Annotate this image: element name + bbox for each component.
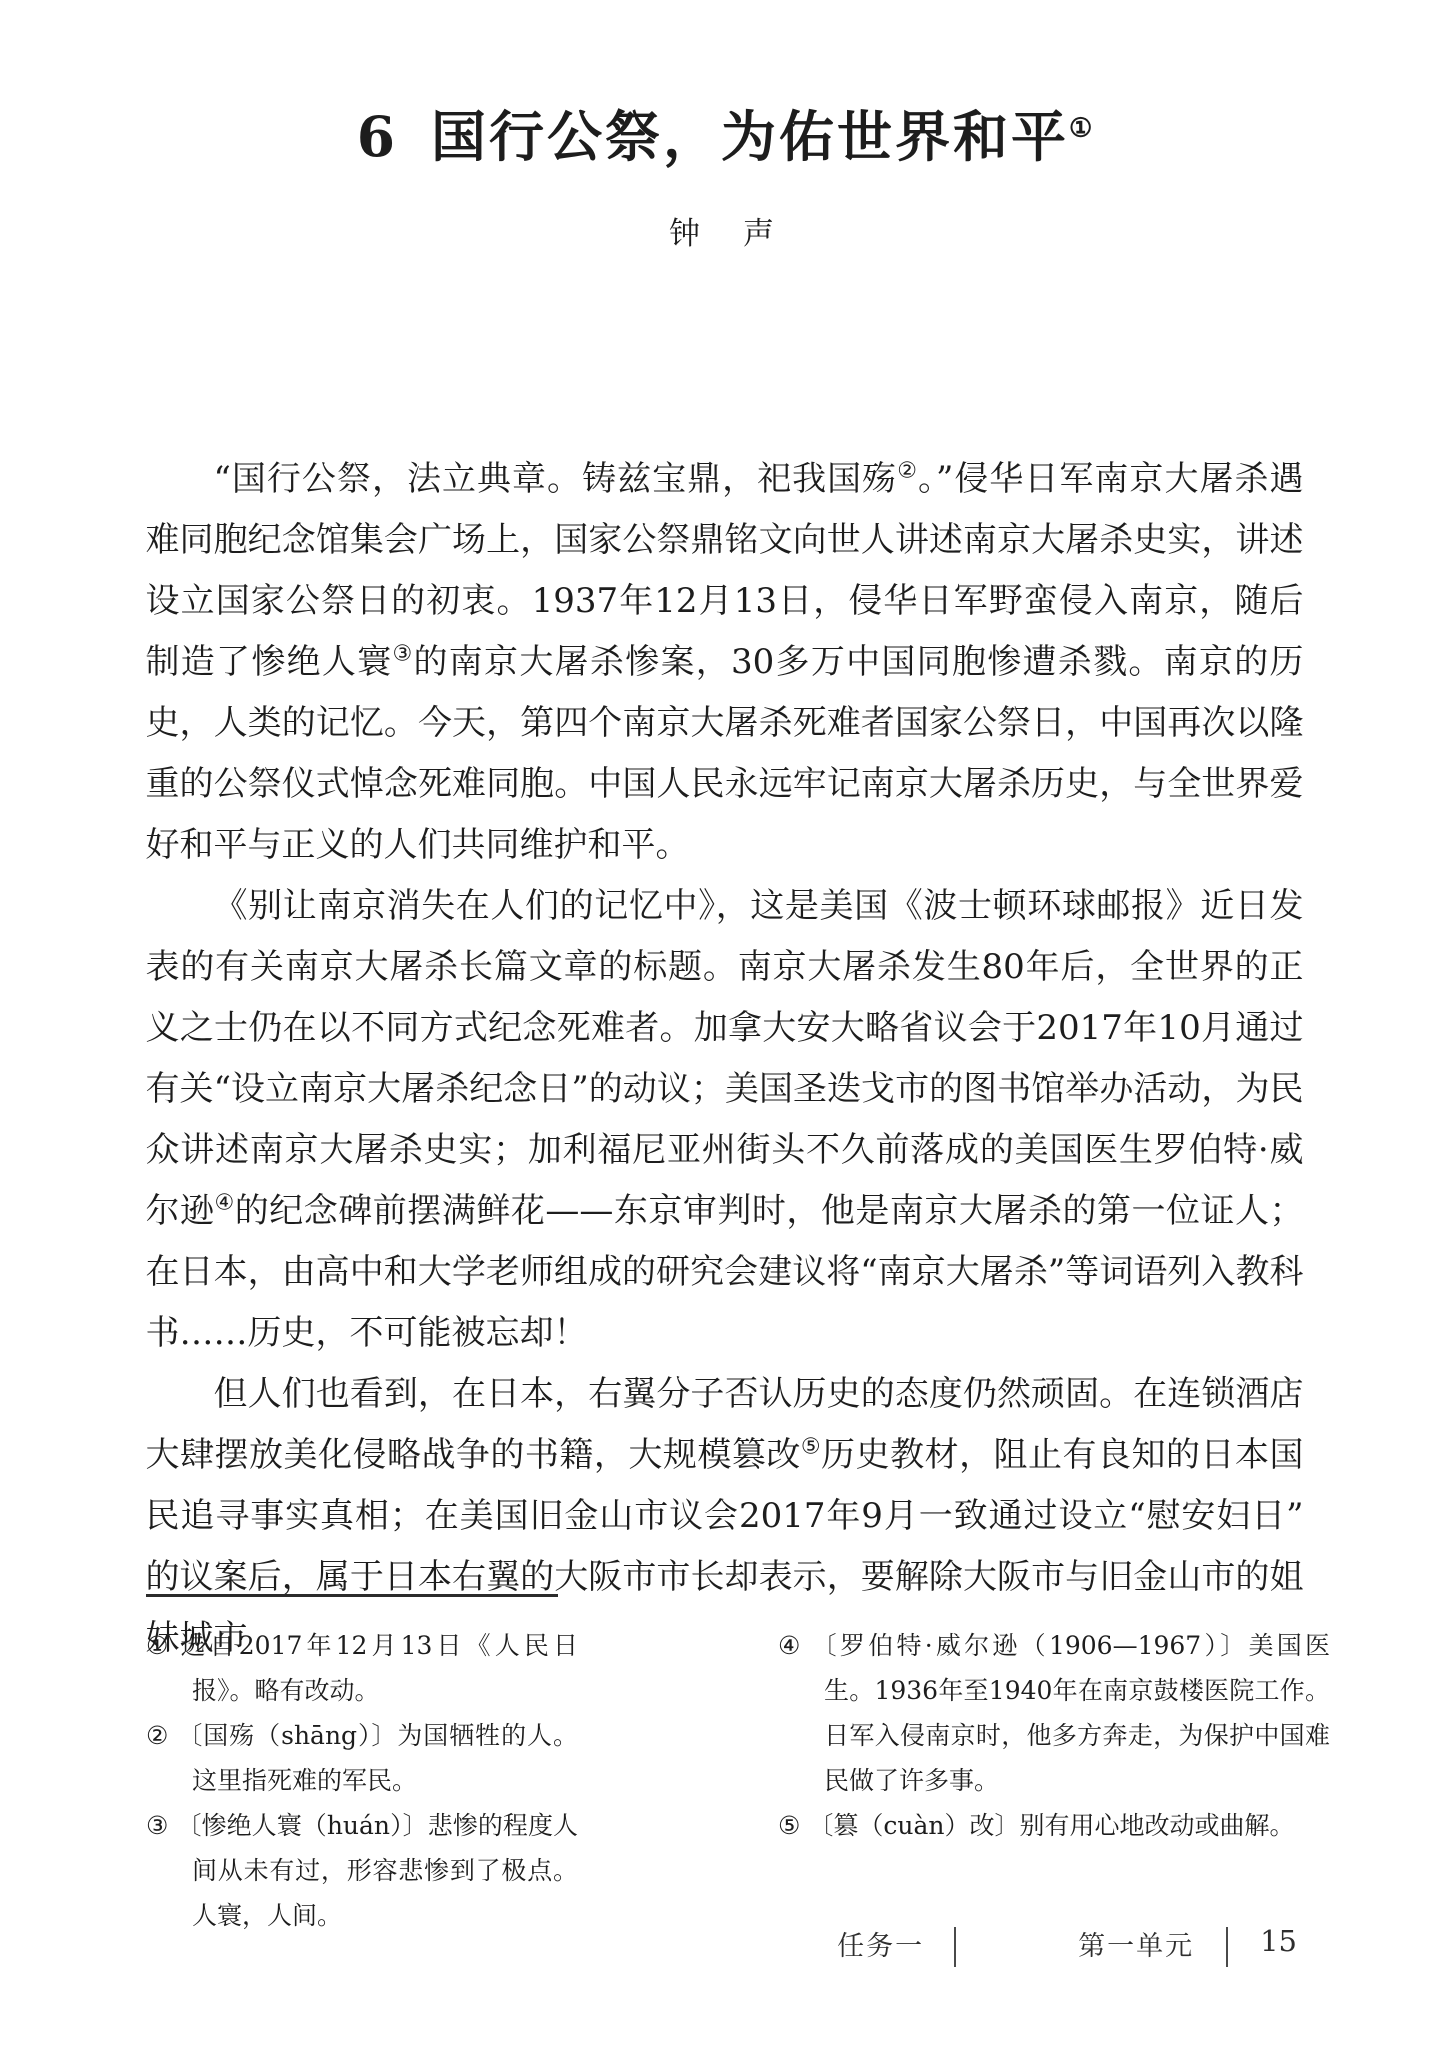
lesson-number: 6	[357, 104, 395, 169]
body-paragraph: “国行公祭，法立典章。铸兹宝鼎，祀我国殇②。”侵华日军南京大屠杀遇难同胞纪念馆集…	[146, 449, 1304, 876]
footnotes-section: ①选自2017年12月13日《人民日报》。略有改动。②〔国殇（shāng）〕为国…	[146, 1594, 1331, 1938]
footnote-marker: ②	[146, 1721, 169, 1750]
author-name: 钟 声	[0, 208, 1449, 253]
footnotes-right-column: ④〔罗伯特·威尔逊（1906—1967）〕美国医生。1936年至1940年在南京…	[778, 1623, 1330, 1848]
footnote-ref: ③	[392, 642, 413, 667]
lesson-title-text: 国行公祭，为佑世界和平	[431, 104, 1069, 169]
footer-unit-label: 第一单元	[1078, 1924, 1194, 1963]
page-footer: 任务一 第一单元 15	[837, 1924, 1297, 1967]
footnote-columns: ①选自2017年12月13日《人民日报》。略有改动。②〔国殇（shāng）〕为国…	[146, 1623, 1331, 1938]
footnote: ①选自2017年12月13日《人民日报》。略有改动。	[146, 1623, 578, 1713]
footer-divider-1	[954, 1927, 956, 1967]
footer-task-label: 任务一	[837, 1924, 924, 1963]
footnote: ④〔罗伯特·威尔逊（1906—1967）〕美国医生。1936年至1940年在南京…	[778, 1623, 1330, 1803]
footnote-divider	[146, 1594, 558, 1597]
footnote-ref: ⑤	[801, 1435, 821, 1460]
footnote: ⑤〔篡（cuàn）改〕别有用心地改动或曲解。	[778, 1803, 1330, 1848]
article-body: “国行公祭，法立典章。铸兹宝鼎，祀我国殇②。”侵华日军南京大屠杀遇难同胞纪念馆集…	[146, 449, 1304, 1669]
page-number: 15	[1260, 1924, 1297, 1958]
body-paragraph: 《别让南京消失在人们的记忆中》，这是美国《波士顿环球邮报》近日发表的有关南京大屠…	[146, 876, 1304, 1364]
footnotes-left-column: ①选自2017年12月13日《人民日报》。略有改动。②〔国殇（shāng）〕为国…	[146, 1623, 578, 1938]
footnote: ②〔国殇（shāng）〕为国牺牲的人。这里指死难的军民。	[146, 1713, 578, 1803]
footnote-marker: ①	[146, 1631, 173, 1660]
textbook-page: 6国行公祭，为佑世界和平① 钟 声 “国行公祭，法立典章。铸兹宝鼎，祀我国殇②。…	[0, 0, 1449, 2047]
footnote-marker: ③	[146, 1811, 168, 1840]
footnote-ref: ④	[215, 1191, 235, 1216]
footnote-ref: ②	[897, 459, 918, 484]
footnote: ③〔惨绝人寰（huán）〕悲惨的程度人间从未有过，形容悲惨到了极点。人寰，人间。	[146, 1803, 578, 1938]
footer-divider-2	[1226, 1927, 1228, 1967]
footnote-marker: ⑤	[778, 1811, 800, 1840]
lesson-title: 6国行公祭，为佑世界和平①	[0, 0, 1449, 174]
footnote-ref-1: ①	[1069, 114, 1092, 144]
footnote-marker: ④	[778, 1631, 804, 1660]
